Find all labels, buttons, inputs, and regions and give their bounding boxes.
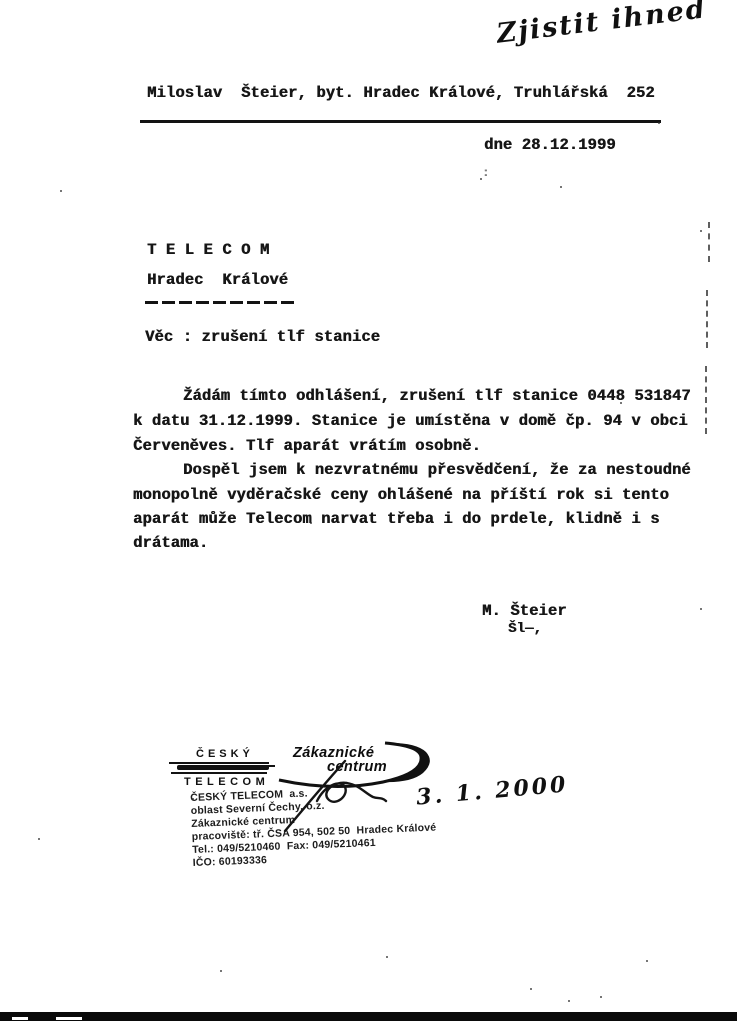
telecom-logo-stripes-icon: [169, 762, 275, 775]
body-line: monopolně vyděračské ceny ohlášené na př…: [133, 486, 669, 504]
scan-edge-dash: [708, 222, 710, 262]
signature-scribble: [283, 755, 403, 835]
subject-line: Věc : zrušení tlf stanice: [145, 328, 380, 346]
scan-speck-colon: :: [482, 164, 489, 182]
recipient-city: Hradec Králové: [147, 271, 288, 289]
signature-name: M. Šteier: [482, 602, 567, 620]
body-line: Žádám tímto odhlášení, zrušení tlf stani…: [183, 387, 691, 405]
scanned-letter-page: Zjistit ihned Miloslav Šteier, byt. Hrad…: [0, 0, 737, 1021]
scan-bottom-bar: [0, 1012, 737, 1021]
sender-line: Miloslav Šteier, byt. Hradec Králové, Tr…: [147, 84, 655, 102]
body-line: Červeněves. Tlf aparát vrátím osobně.: [133, 437, 481, 455]
scan-edge-dash: [705, 366, 707, 434]
telecom-logo-top-text: ČESKÝ: [196, 748, 254, 760]
body-line: Dospěl jsem k nezvratnému přesvědčení, ž…: [183, 461, 691, 479]
recipient-underline: [145, 301, 295, 304]
telecom-logo-bottom-text: TELECOM: [184, 776, 269, 788]
scan-bar-notch: [12, 1017, 28, 1020]
body-line: k datu 31.12.1999. Stanice je umístěna v…: [133, 412, 688, 430]
recipient-name: T E L E C O M: [147, 241, 269, 259]
scan-noise: [60, 190, 62, 192]
date-line: dne 28.12.1999: [484, 136, 616, 154]
header-rule: [140, 120, 661, 123]
body-line: drátama.: [133, 534, 208, 552]
signature-mark: Šl—,: [508, 620, 542, 638]
scan-edge-dash: [706, 290, 708, 348]
body-line: aparát může Telecom narvat třeba i do pr…: [133, 510, 659, 528]
scan-bar-notch: [56, 1017, 82, 1020]
handwritten-annotation: Zjistit ihned: [495, 0, 708, 50]
